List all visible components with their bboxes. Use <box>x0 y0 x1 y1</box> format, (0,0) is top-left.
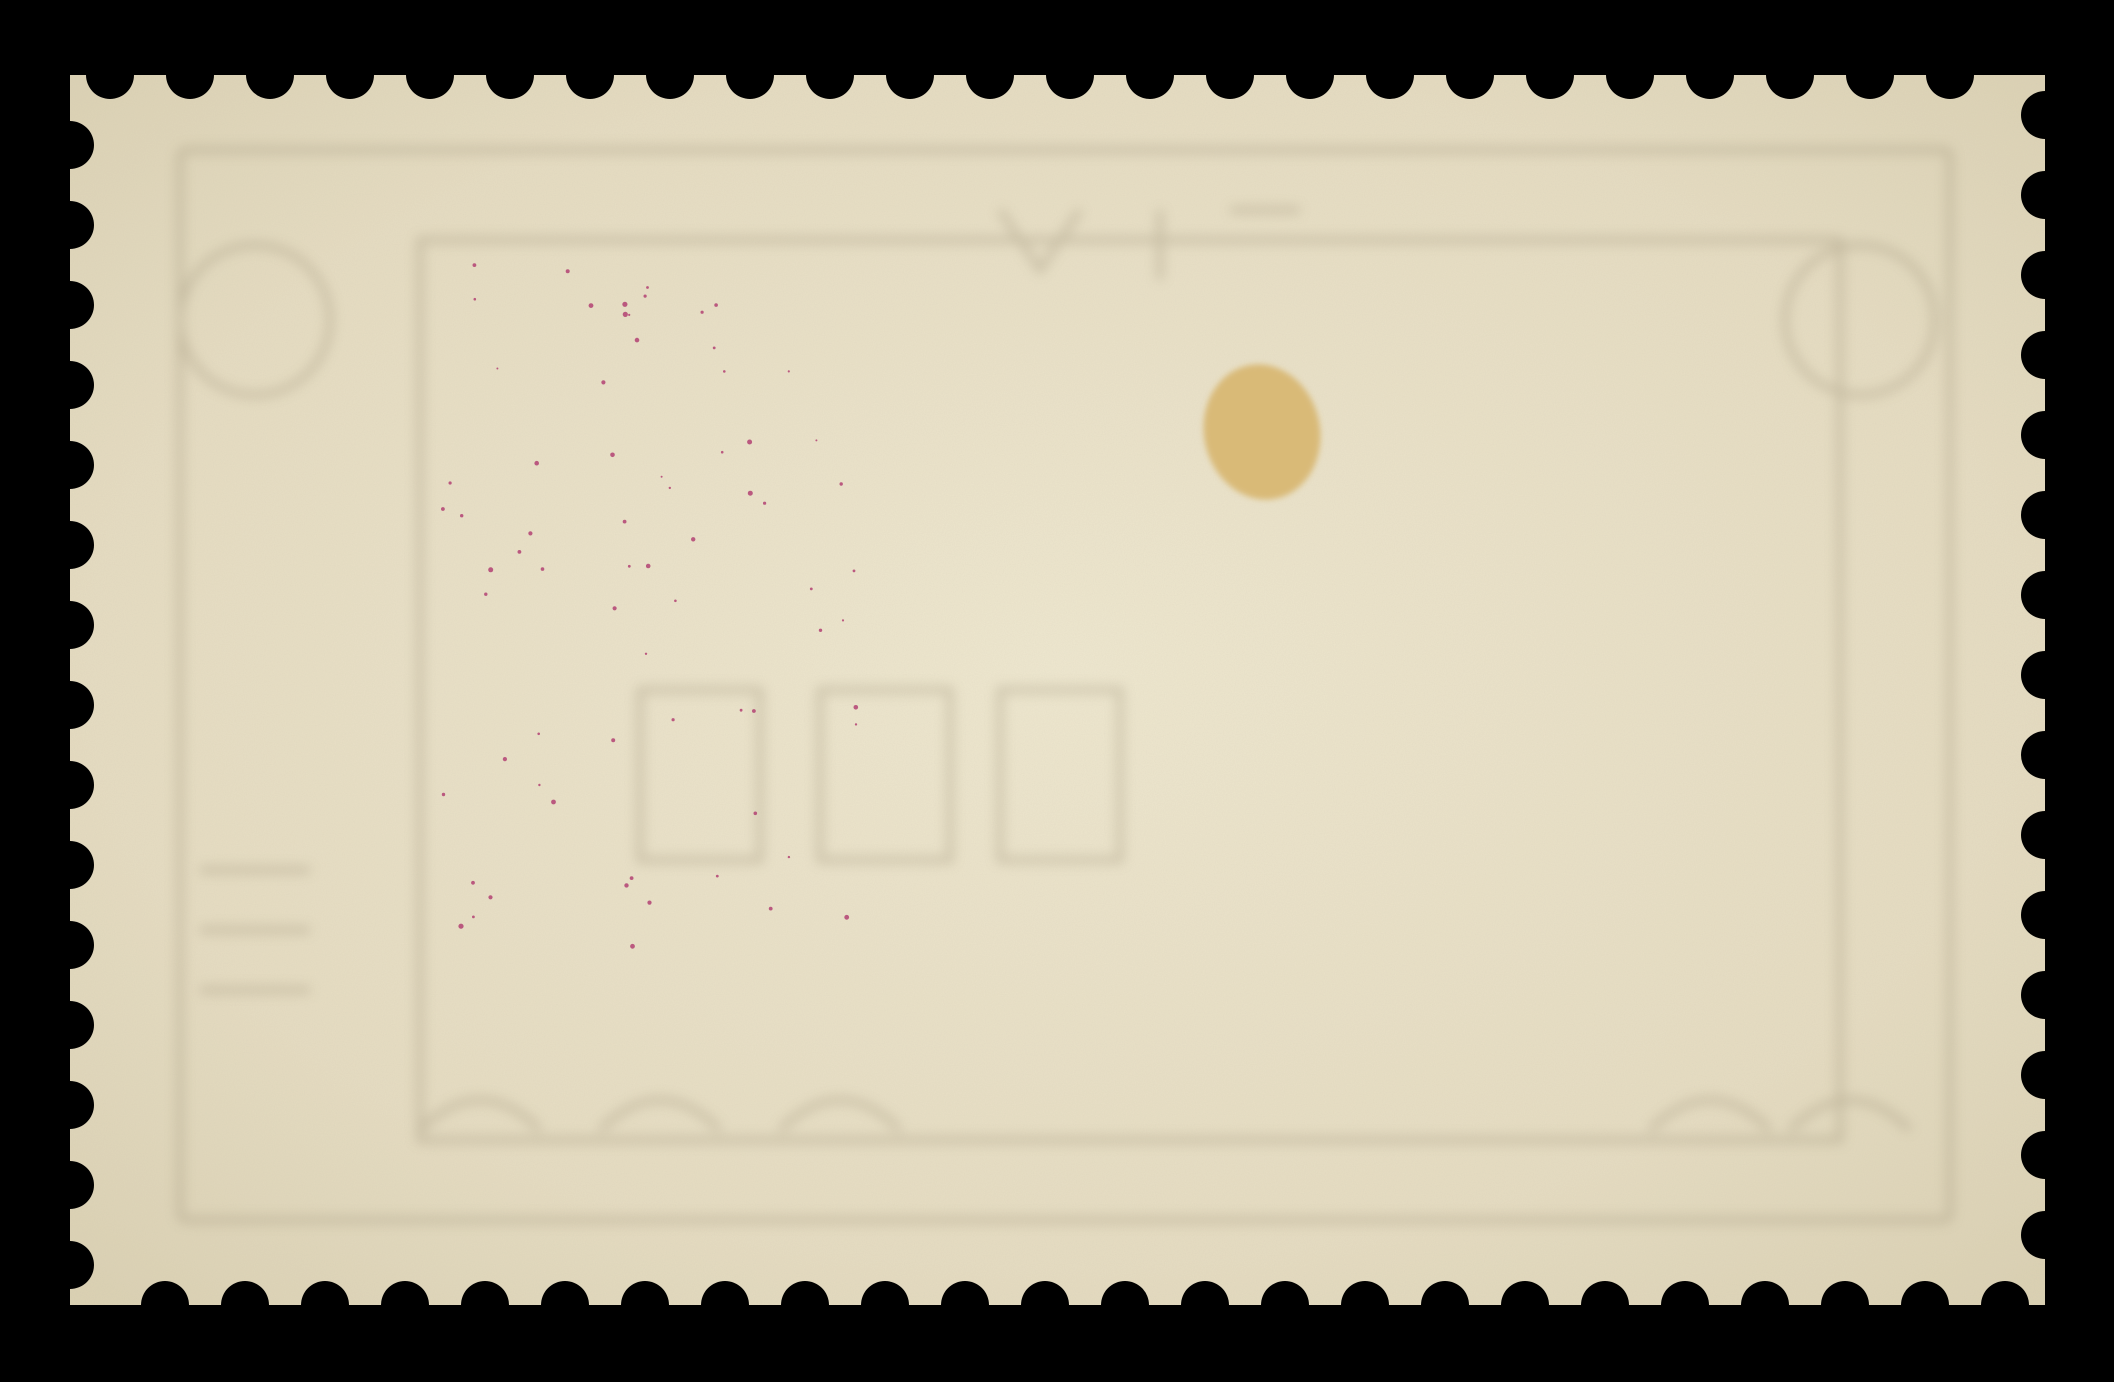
stamp-photo <box>0 0 2114 1382</box>
stamp <box>70 75 2045 1305</box>
